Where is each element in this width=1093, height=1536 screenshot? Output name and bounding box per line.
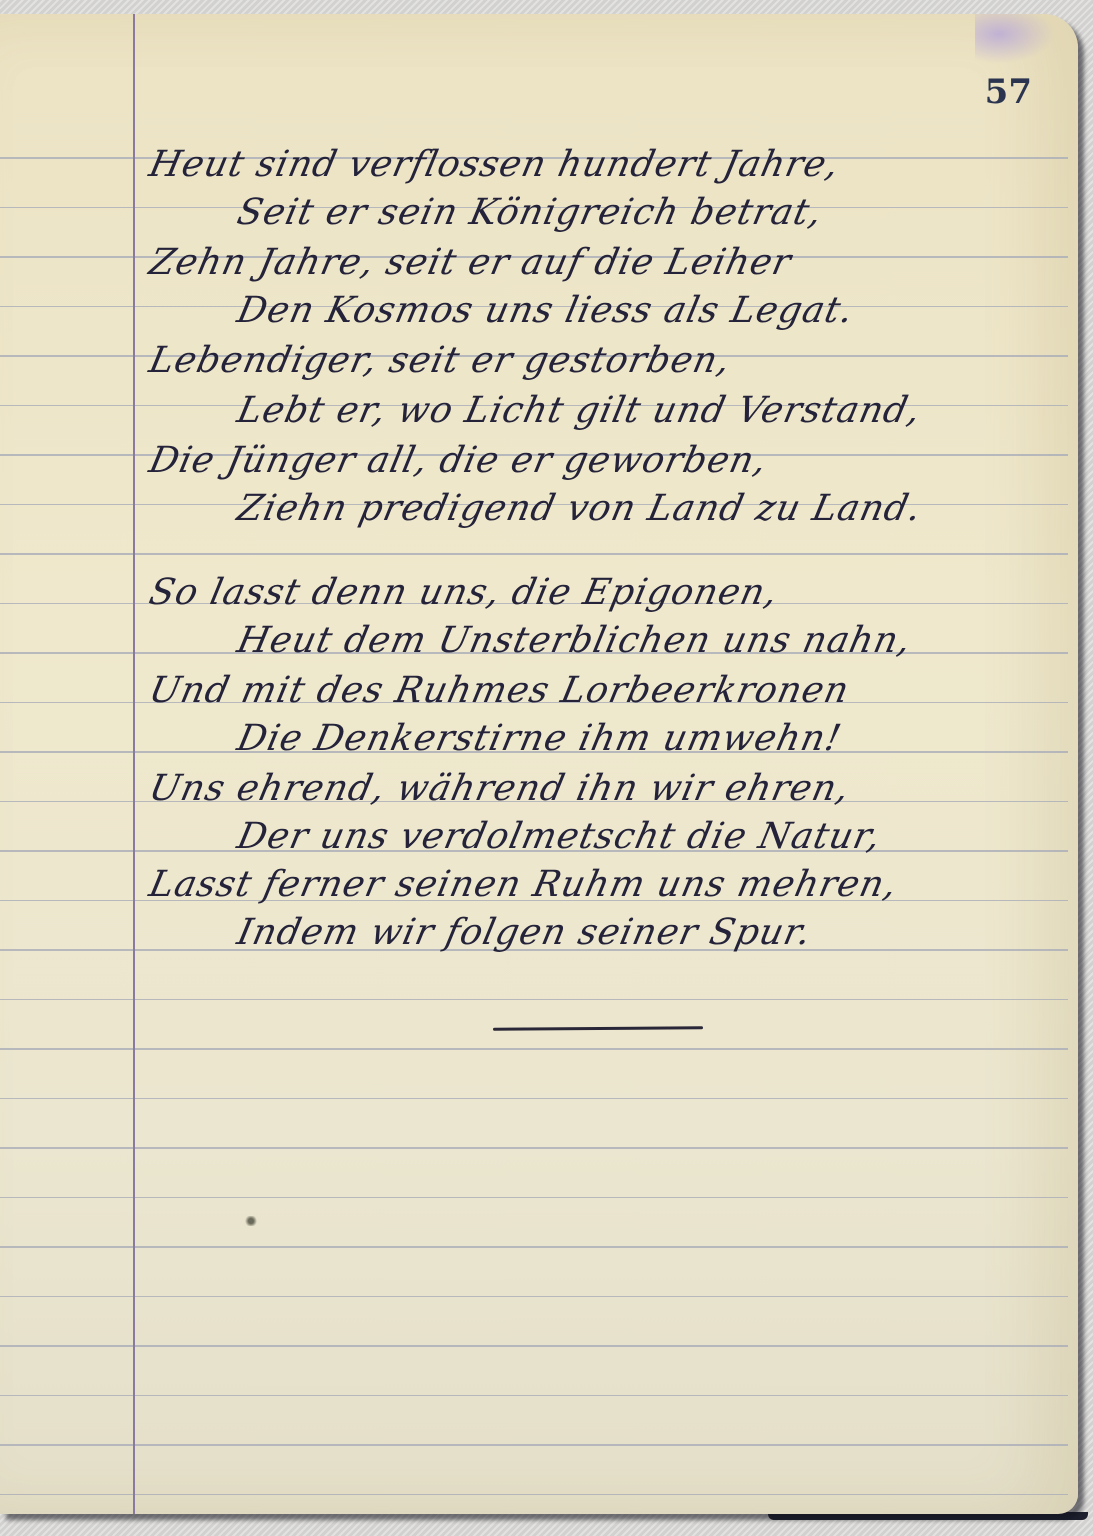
notebook-page: 57 Heut sind verflossen hundert Jahre, S… — [0, 14, 1078, 1514]
ruled-line — [0, 1246, 1068, 1248]
verse-line: Lebt er, wo Licht gilt und Verstand, — [234, 390, 925, 431]
verse-line: Lasst ferner seinen Ruhm uns mehren, — [146, 864, 901, 905]
end-separator-line — [493, 1026, 703, 1030]
ink-smudge — [975, 14, 1055, 64]
verse-line: Die Jünger all, die er geworben, — [146, 440, 771, 481]
page-number: 57 — [985, 72, 1032, 112]
ruled-line — [0, 999, 1068, 1001]
verse-line: Den Kosmos uns liess als Legat. — [234, 290, 858, 331]
verse-line: Ziehn predigend von Land zu Land. — [234, 488, 926, 529]
verse-line: Die Denkerstirne ihm umwehn! — [234, 718, 846, 759]
verse-line: Uns ehrend, während ihn wir ehren, — [146, 768, 854, 809]
ruled-lines — [0, 14, 1078, 1514]
ruled-line — [0, 1296, 1068, 1298]
verse-line: Heut sind verflossen hundert Jahre, — [146, 144, 843, 185]
ruled-line — [0, 1147, 1068, 1149]
ruled-line — [0, 1395, 1068, 1397]
verse-line: Seit er sein Königreich betrat, — [234, 192, 827, 233]
verse-line: Indem wir folgen seiner Spur. — [234, 912, 816, 953]
ruled-line — [0, 1197, 1068, 1199]
verse-line: Lebendiger, seit er gestorben, — [146, 340, 735, 381]
ruled-line — [0, 1494, 1068, 1496]
ruled-line — [0, 553, 1068, 555]
verse-line: Der uns verdolmetscht die Natur, — [234, 816, 885, 857]
ruled-line — [0, 1444, 1068, 1446]
ruled-line — [0, 1345, 1068, 1347]
ruled-line — [0, 1048, 1068, 1050]
verse-line: Heut dem Unsterblichen uns nahn, — [234, 620, 916, 661]
verse-line: Und mit des Ruhmes Lorbeerkronen — [146, 670, 853, 711]
ruled-line — [0, 1098, 1068, 1100]
margin-line — [133, 14, 135, 1514]
paper-spot — [244, 1216, 258, 1226]
verse-line: Zehn Jahre, seit er auf die Leiher — [146, 242, 796, 283]
verse-line: So lasst denn uns, die Epigonen, — [146, 572, 782, 613]
